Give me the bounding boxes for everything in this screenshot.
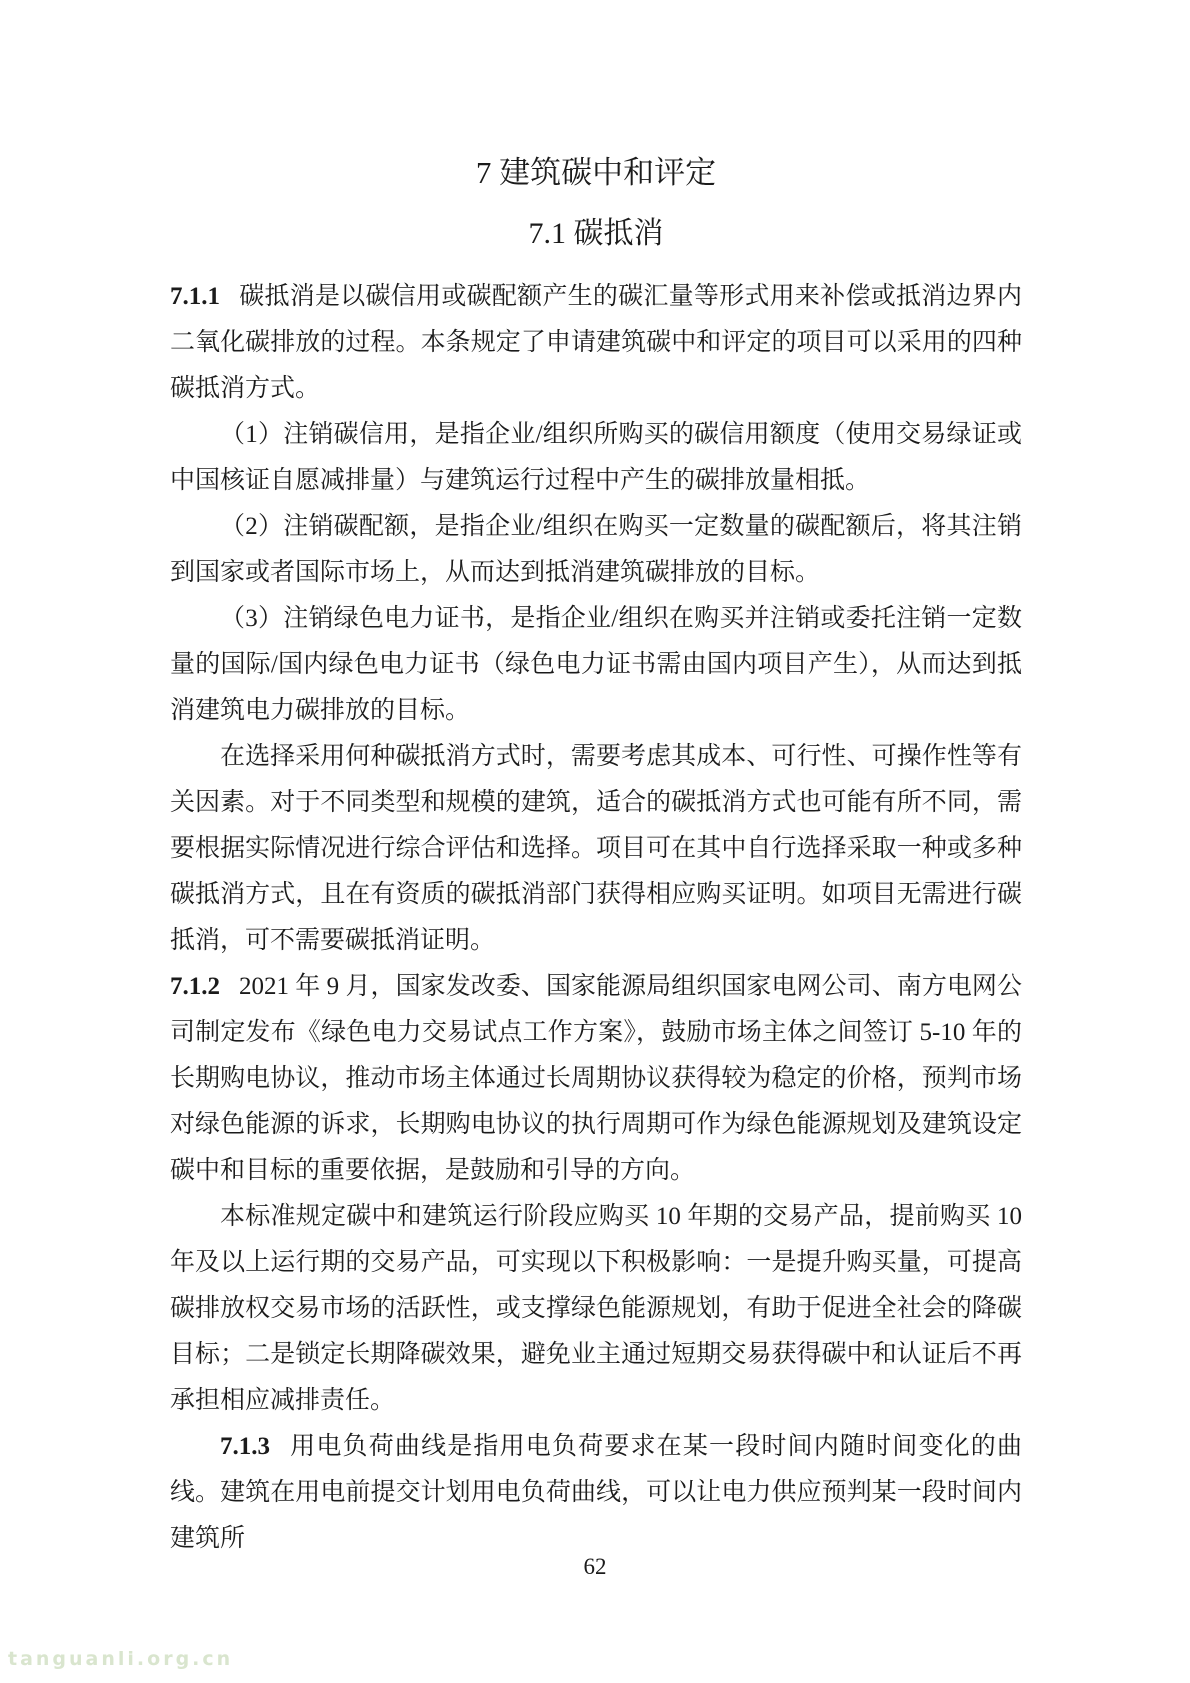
list-item-1: （1）注销碳信用，是指企业/组织所购买的碳信用额度（使用交易绿证或中国核证自愿减…	[170, 412, 1022, 504]
list-item-text: （1）注销碳信用，是指企业/组织所购买的碳信用额度（使用交易绿证或中国核证自愿减…	[170, 421, 1022, 494]
paragraph-text: 在选择采用何种碳抵消方式时，需要考虑其成本、可行性、可操作性等有关因素。对于不同…	[170, 743, 1022, 954]
clause-text: 用电负荷曲线是指用电负荷要求在某一段时间内随时间变化的曲线。建筑在用电前提交计划…	[170, 1433, 1022, 1552]
watermark: tanguanli.org.cn	[8, 1648, 233, 1670]
paragraph-selection-guidance: 在选择采用何种碳抵消方式时，需要考虑其成本、可行性、可操作性等有关因素。对于不同…	[170, 734, 1022, 964]
clause-text: 2021 年 9 月，国家发改委、国家能源局组织国家电网公司、南方电网公司制定发…	[170, 973, 1022, 1184]
list-item-3: （3）注销绿色电力证书，是指企业/组织在购买并注销或委托注销一定数量的国际/国内…	[170, 596, 1022, 734]
body-text: 7.1.1碳抵消是以碳信用或碳配额产生的碳汇量等形式用来补偿或抵消边界内二氧化碳…	[170, 274, 1022, 1562]
clause-text: 碳抵消是以碳信用或碳配额产生的碳汇量等形式用来补偿或抵消边界内二氧化碳排放的过程…	[170, 283, 1022, 402]
paragraph-standard-requirement: 本标准规定碳中和建筑运行阶段应购买 10 年期的交易产品，提前购买 10 年及以…	[170, 1194, 1022, 1424]
document-page: 7 建筑碳中和评定 7.1 碳抵消 7.1.1碳抵消是以碳信用或碳配额产生的碳汇…	[0, 0, 1190, 1683]
chapter-title: 7 建筑碳中和评定	[170, 156, 1022, 190]
clause-7-1-3: 7.1.3用电负荷曲线是指用电负荷要求在某一段时间内随时间变化的曲线。建筑在用电…	[170, 1424, 1022, 1562]
clause-7-1-2: 7.1.22021 年 9 月，国家发改委、国家能源局组织国家电网公司、南方电网…	[170, 964, 1022, 1194]
clause-number-7-1-3: 7.1.3	[220, 1433, 270, 1460]
paragraph-text: 本标准规定碳中和建筑运行阶段应购买 10 年期的交易产品，提前购买 10 年及以…	[170, 1203, 1022, 1414]
list-item-text: （3）注销绿色电力证书，是指企业/组织在购买并注销或委托注销一定数量的国际/国内…	[170, 605, 1022, 724]
section-title: 7.1 碳抵消	[170, 218, 1022, 250]
clause-number-7-1-1: 7.1.1	[170, 283, 220, 310]
page-number: 62	[0, 1554, 1190, 1580]
clause-number-7-1-2: 7.1.2	[170, 973, 220, 1000]
list-item-text: （2）注销碳配额，是指企业/组织在购买一定数量的碳配额后，将其注销到国家或者国际…	[170, 513, 1022, 586]
list-item-2: （2）注销碳配额，是指企业/组织在购买一定数量的碳配额后，将其注销到国家或者国际…	[170, 504, 1022, 596]
page-content: 7 建筑碳中和评定 7.1 碳抵消 7.1.1碳抵消是以碳信用或碳配额产生的碳汇…	[170, 156, 1022, 1562]
clause-7-1-1: 7.1.1碳抵消是以碳信用或碳配额产生的碳汇量等形式用来补偿或抵消边界内二氧化碳…	[170, 274, 1022, 412]
